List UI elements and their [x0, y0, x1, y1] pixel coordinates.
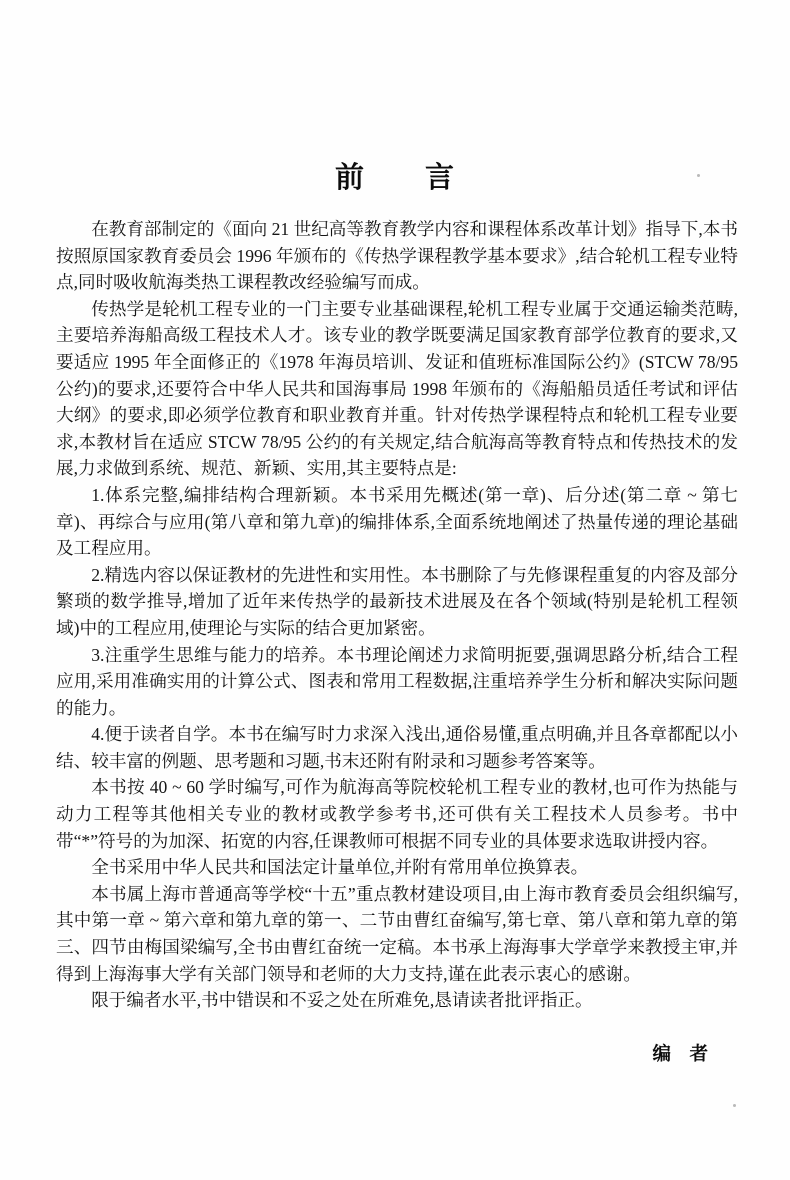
preface-paragraph: 本书按 40 ~ 60 学时编写,可作为航海高等院校轮机工程专业的教材,也可作为…: [56, 774, 738, 854]
author-signature: 编 者: [0, 1040, 708, 1066]
scan-speck: [697, 174, 700, 177]
preface-paragraph: 1.体系完整,编排结构合理新颖。本书采用先概述(第一章)、后分述(第二章 ~ 第…: [56, 482, 738, 562]
preface-paragraph: 3.注重学生思维与能力的培养。本书理论阐述力求简明扼要,强调思路分析,结合工程应…: [56, 642, 738, 722]
preface-paragraph: 在教育部制定的《面向 21 世纪高等教育教学内容和课程体系改革计划》指导下,本书…: [56, 216, 738, 296]
preface-paragraph: 2.精选内容以保证教材的先进性和实用性。本书删除了与先修课程重复的内容及部分繁琐…: [56, 562, 738, 642]
preface-body: 在教育部制定的《面向 21 世纪高等教育教学内容和课程体系改革计划》指导下,本书…: [56, 216, 738, 1014]
preface-paragraph: 4.便于读者自学。本书在编写时力求深入浅出,通俗易懂,重点明确,并且各章都配以小…: [56, 721, 738, 774]
preface-paragraph: 传热学是轮机工程专业的一门主要专业基础课程,轮机工程专业属于交通运输类范畴,主要…: [56, 296, 738, 482]
preface-page: 前 言 在教育部制定的《面向 21 世纪高等教育教学内容和课程体系改革计划》指导…: [0, 0, 790, 1180]
page-title: 前 言: [0, 160, 790, 196]
scan-speck: [733, 1104, 736, 1107]
preface-paragraph: 本书属上海市普通高等学校“十五”重点教材建设项目,由上海市教育委员会组织编写,其…: [56, 881, 738, 987]
preface-paragraph: 限于编者水平,书中错误和不妥之处在所难免,恳请读者批评指正。: [56, 987, 738, 1014]
preface-paragraph: 全书采用中华人民共和国法定计量单位,并附有常用单位换算表。: [56, 854, 738, 881]
